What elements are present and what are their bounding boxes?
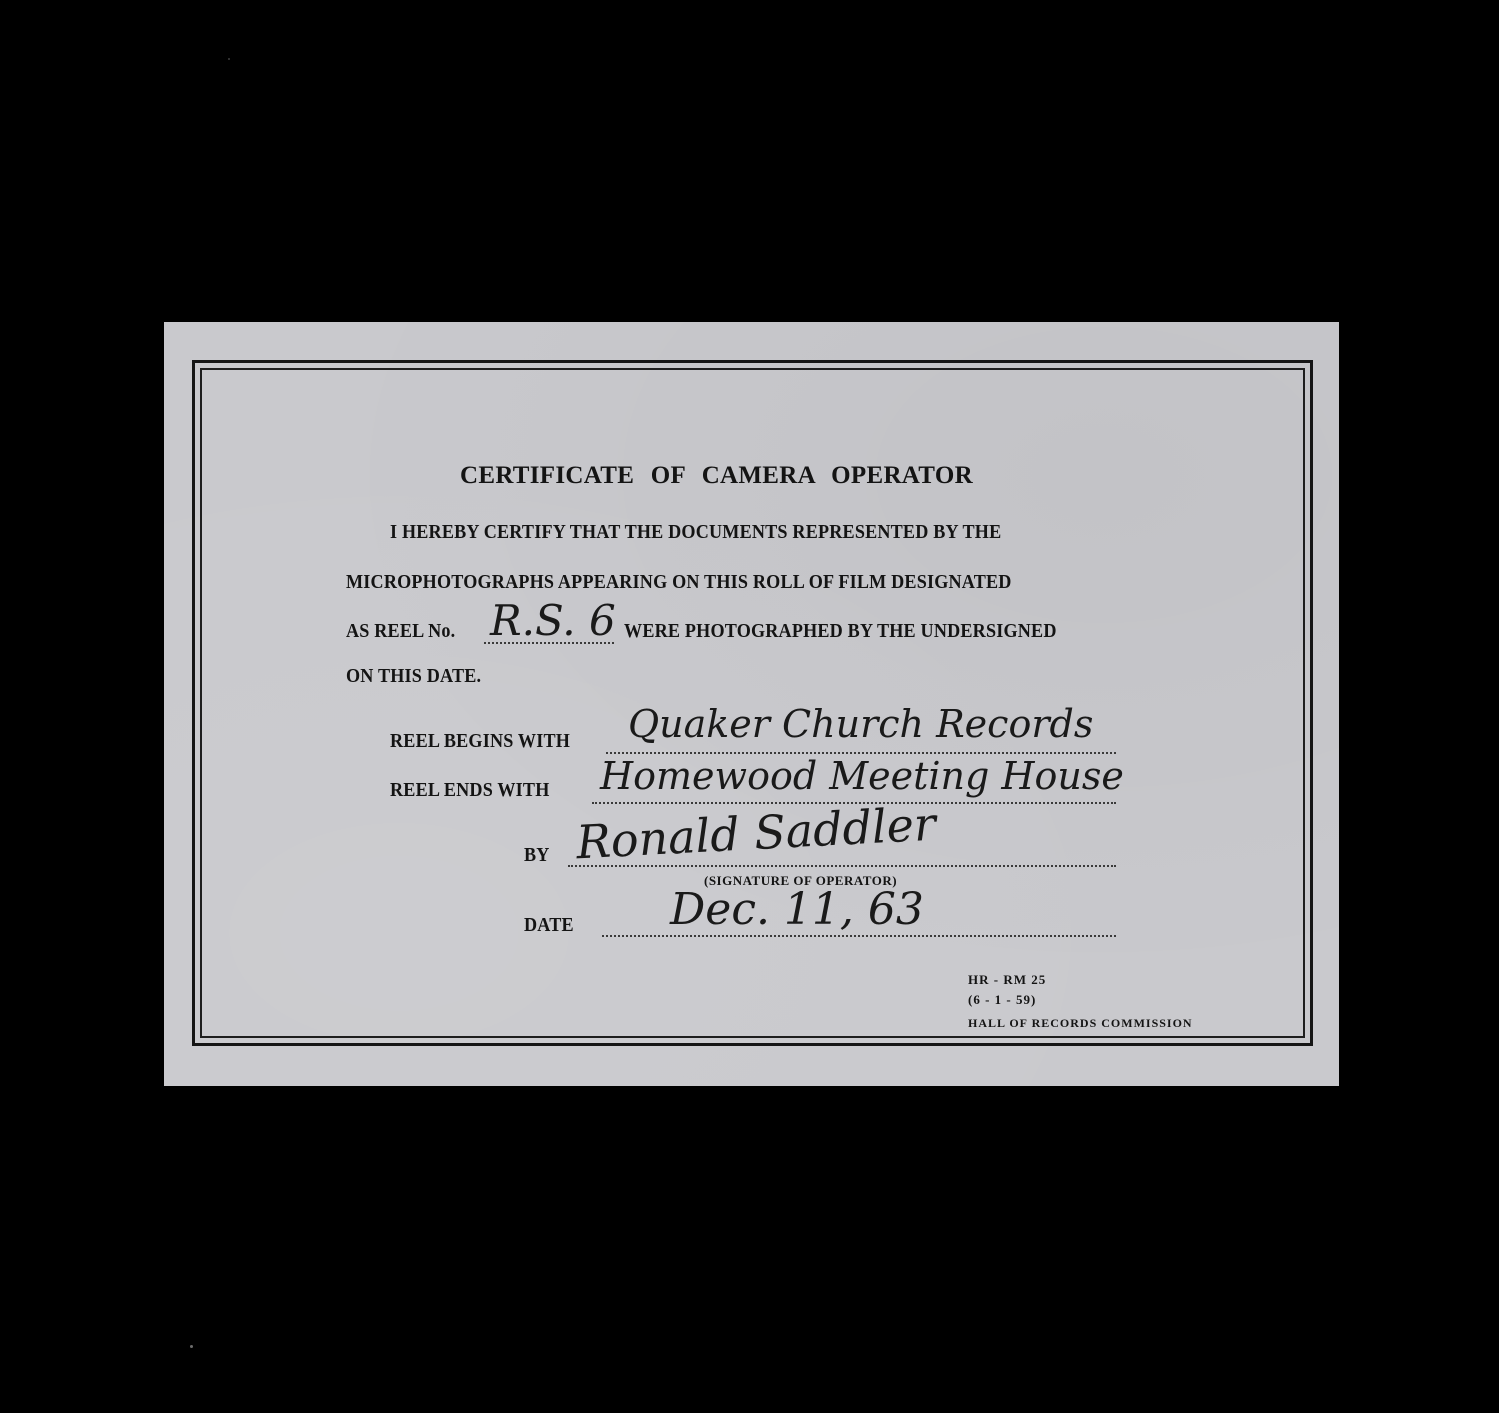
issuing-authority: HALL OF RECORDS COMMISSION (968, 1014, 1193, 1033)
by-label: BY (524, 845, 550, 867)
reel-begins-value: Quaker Church Records (628, 702, 1093, 746)
certify-line-4: ON THIS DATE. (346, 666, 481, 688)
certificate-title: CERTIFICATE OF CAMERA OPERATOR (460, 462, 973, 490)
scan-noise-dot (190, 1345, 193, 1348)
date-label: DATE (524, 915, 574, 937)
certify-line-2: MICROPHOTOGRAPHS APPEARING ON THIS ROLL … (346, 572, 1012, 594)
certify-line-1: I HEREBY CERTIFY THAT THE DOCUMENTS REPR… (390, 522, 1001, 544)
form-number: HR - RM 25 (968, 970, 1046, 989)
reel-number-value: R.S. 6 (490, 596, 616, 645)
form-revision-date: (6 - 1 - 59) (968, 990, 1036, 1009)
certificate-card: CERTIFICATE OF CAMERA OPERATOR I HEREBY … (164, 322, 1339, 1086)
reel-ends-label: REEL ENDS WITH (390, 780, 550, 802)
reel-begins-label: REEL BEGINS WITH (390, 731, 570, 753)
date-line (602, 935, 1116, 937)
date-value: Dec. 11, 63 (670, 884, 924, 935)
scan-noise-dot (228, 58, 230, 60)
reel-ends-value: Homewood Meeting House (600, 754, 1124, 798)
reel-number-label: AS REEL No. (346, 621, 455, 643)
certify-line-3: WERE PHOTOGRAPHED BY THE UNDERSIGNED (624, 621, 1057, 643)
